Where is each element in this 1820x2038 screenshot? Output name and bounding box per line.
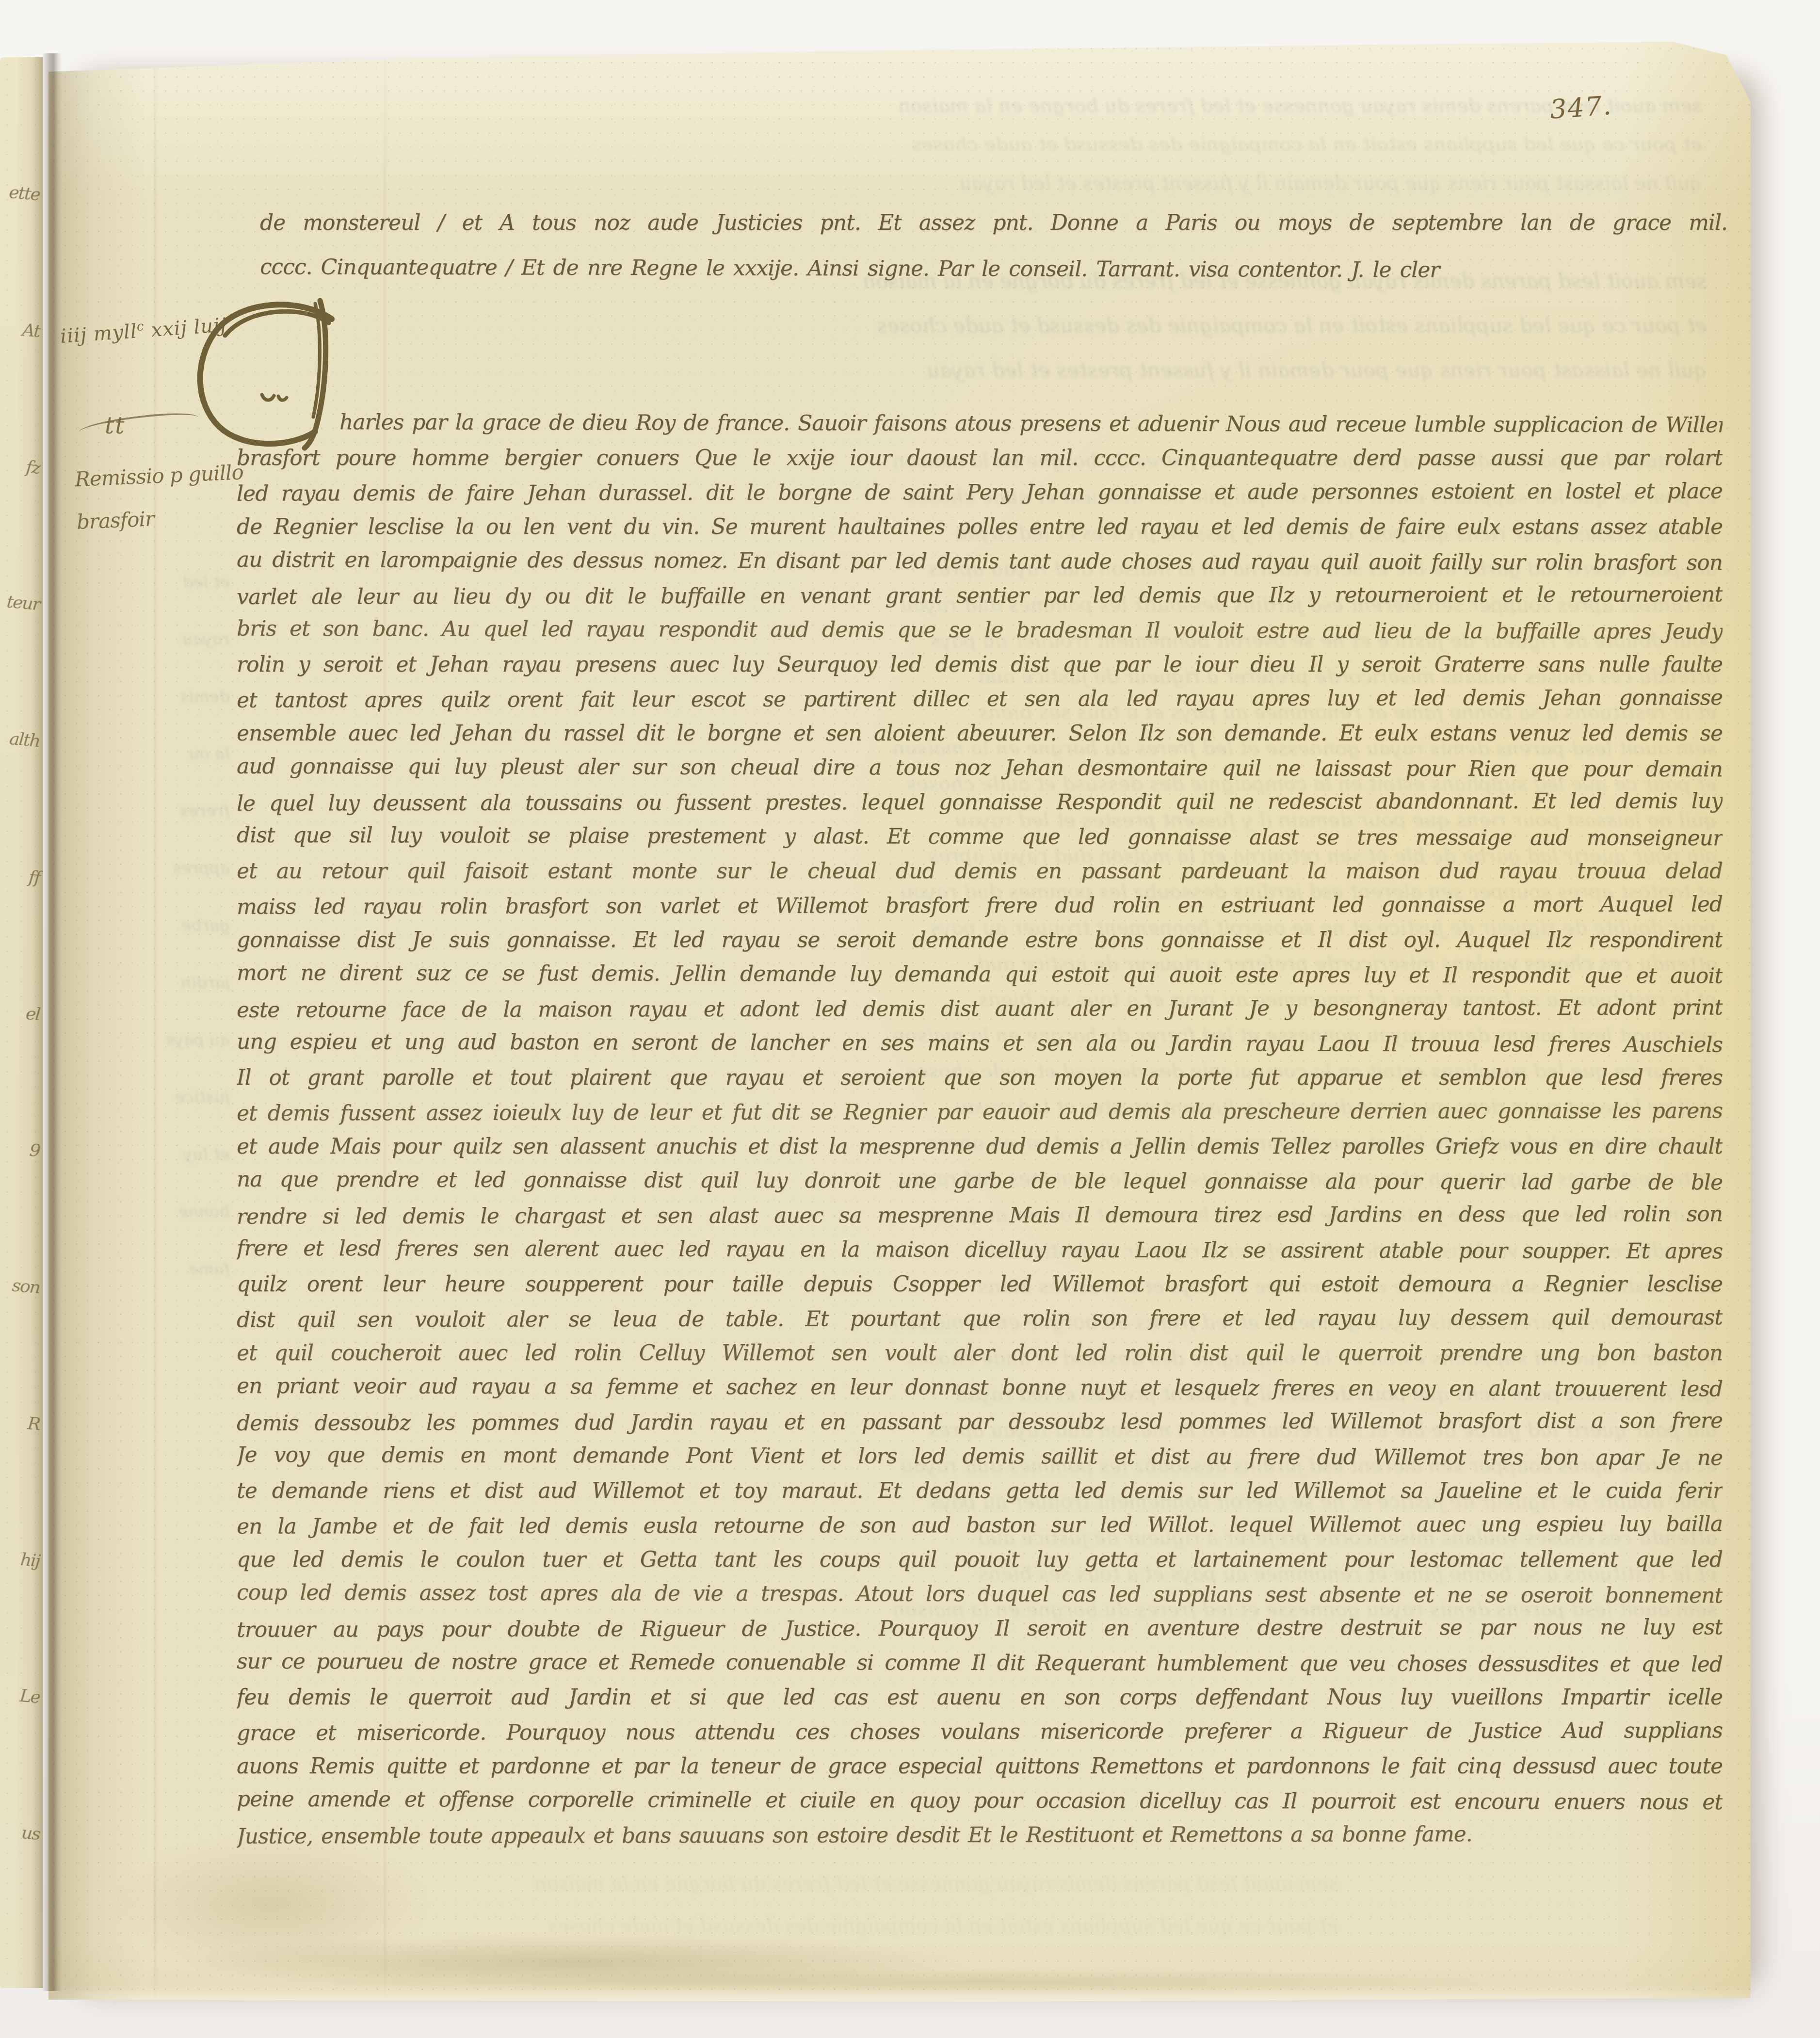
body-line: na que prendre et led gonnaisse dist qui…: [237, 1162, 1723, 1200]
bleedthrough-word: jardin: [50, 954, 230, 1011]
bleedthrough-word: appres: [50, 840, 230, 897]
body-line: ung espieu et ung aud baston en seront d…: [237, 1025, 1723, 1062]
bleedthrough-text-left-margin: et ledrayaudemisla oufreresappresgarbeja…: [50, 554, 230, 1298]
bleedthrough-line: quil ne laissast pour riens que pour dem…: [272, 164, 1702, 203]
body-line: en priant veoir aud rayau a sa femme et …: [237, 1369, 1723, 1406]
body-line: et au retour quil faisoit estant monte s…: [237, 854, 1723, 888]
bleedthrough-word: fame: [50, 1240, 230, 1298]
body-line: trouuer au pays pour doubte de Rigueur d…: [237, 1610, 1723, 1647]
body-line: coup led demis assez tost apres ala de v…: [237, 1575, 1723, 1613]
previous-page-ink-fragment: ette: [0, 181, 43, 205]
bleedthrough-text-bottom: sem auoit lesd parens demis rayau gonnes…: [320, 1863, 1338, 1946]
body-line: sur ce pourueu de nostre grace et Remede…: [237, 1644, 1723, 1682]
bleedthrough-word: justice: [50, 1069, 230, 1126]
previous-page-ink-fragment: alth: [0, 728, 43, 752]
bleedthrough-word: et luy: [50, 1126, 230, 1183]
previous-page-ink-fragment: Le: [0, 1684, 43, 1708]
closing-line-signature: cccc. Cinquantequatre / Et de nre Regne …: [260, 244, 1727, 294]
body-line: rendre si led demis le chargast et sen a…: [237, 1197, 1723, 1234]
bleedthrough-word: au pays: [50, 1011, 230, 1069]
body-line: mort ne dirent suz ce se fust demis. Jel…: [237, 956, 1723, 993]
body-line: varlet ale leur au lieu dy ou dit le buf…: [237, 577, 1723, 614]
previous-page-ink-fragment: At: [0, 318, 43, 342]
bleedthrough-text-top: sem auoit lesd parens demis rayau gonnes…: [272, 86, 1702, 203]
bleedthrough-word: garbe: [50, 897, 230, 954]
bleedthrough-line: sem auoit lesd parens demis rayau gonnes…: [320, 1863, 1338, 1905]
body-line: que led demis le coulon tuer et Getta ta…: [237, 1542, 1723, 1577]
body-line: Justice, ensemble toute appeaulx et bans…: [237, 1816, 1723, 1853]
previous-page-ink-fragment: teur: [0, 591, 43, 615]
bleedthrough-word: demis: [50, 668, 230, 725]
body-line: en la Jambe et de fait led demis eusla r…: [237, 1507, 1723, 1543]
act-body-text: harles par la grace de dieu Roy de franc…: [237, 406, 1723, 1852]
body-line: grace et misericorde. Pourquoy nous atte…: [237, 1713, 1723, 1750]
closing-line-date: de monstereul / et A tous noz aude Justi…: [260, 200, 1727, 246]
bleedthrough-word: et led: [50, 554, 230, 611]
margin-act-number-part1: iiij myll: [60, 320, 138, 348]
body-line: demis dessoubz les pommes dud Jardin ray…: [237, 1403, 1723, 1440]
body-line: aud gonnaisse qui luy pleust aler sur so…: [237, 749, 1723, 786]
body-line: ensemble auec led Jehan du rassel dit le…: [237, 716, 1723, 751]
body-line: dist quil sen vouloit aler se leua de ta…: [237, 1300, 1723, 1337]
bleedthrough-word: bonne: [50, 1183, 230, 1240]
body-line: brasfort poure homme bergier conuers Que…: [237, 441, 1723, 475]
bleedthrough-line: et pour ce que led supplians estoit en l…: [272, 125, 1702, 164]
bleedthrough-word: freres: [50, 783, 230, 840]
body-line: et quil coucheroit auec led rolin Celluy…: [237, 1336, 1723, 1370]
page-number: 347.: [1549, 90, 1613, 125]
bleedthrough-line: sem auoit lesd parens demis rayau gonnes…: [272, 86, 1702, 125]
bleedthrough-line: quil ne laissast pour riens que pour dem…: [233, 348, 1707, 393]
body-line: este retourne face de la maison rayau et…: [237, 990, 1723, 1027]
previous-act-closing-lines: de monstereul / et A tous noz aude Justi…: [260, 200, 1727, 292]
body-line: et aude Mais pour quilz sen alassent anu…: [237, 1129, 1723, 1164]
parchment-page: sem auoit lesd parens demis rayau gonnes…: [48, 42, 1751, 2002]
body-line: feu demis le querroit aud Jardin et si q…: [237, 1680, 1723, 1715]
body-line: led rayau demis de faire Jehan durassel.…: [237, 474, 1723, 511]
body-line: gonnaisse dist Je suis gonnaisse. Et led…: [237, 923, 1723, 957]
body-line: frere et lesd freres sen alerent auec le…: [237, 1231, 1723, 1268]
body-line: Il ot grant parolle et tout plairent que…: [237, 1060, 1723, 1095]
body-line: au distrit en larompaignie des dessus no…: [237, 543, 1723, 580]
previous-page-ink-fragment: el: [0, 1001, 43, 1025]
body-line: maiss led rayau rolin brasfort son varle…: [237, 887, 1723, 924]
body-line: te demande riens et dist aud Willemot et…: [237, 1474, 1723, 1508]
tt-mark-flourish: [78, 409, 200, 442]
body-line: harles par la grace de dieu Roy de franc…: [237, 405, 1723, 442]
body-line: peine amende et offense corporelle crimi…: [237, 1782, 1723, 1819]
body-line: le quel luy deussent ala toussains ou fu…: [237, 784, 1723, 820]
body-line: auons Remis quitte et pardonne et par la…: [237, 1749, 1723, 1783]
previous-page-edge: etteAtfzteuralthffel9sonRhijLeus: [0, 57, 43, 1988]
previous-page-ink-fragment: fz: [0, 455, 43, 479]
previous-page-ink-fragment: us: [0, 1821, 43, 1845]
bleedthrough-word: rayau: [50, 611, 230, 668]
body-line: et tantost apres quilz orent fait leur e…: [237, 680, 1723, 717]
bleedthrough-word: la ou: [50, 725, 230, 783]
body-line: et demis fussent assez ioieulx luy de le…: [237, 1093, 1723, 1130]
body-line: quilz orent leur heure soupperent pour t…: [237, 1267, 1723, 1301]
body-line: Je voy que demis en mont demande Pont Vi…: [237, 1438, 1723, 1475]
previous-page-ink-fragment: hij: [0, 1548, 43, 1572]
photographed-register-scene: etteAtfzteuralthffel9sonRhijLeus sem auo…: [0, 0, 1820, 2038]
previous-page-ink-fragment: son: [0, 1274, 43, 1298]
previous-page-ink-fragment: R: [0, 1411, 43, 1435]
previous-page-ink-fragment: 9: [0, 1138, 43, 1161]
bleedthrough-line: et pour ce que led supplians estoit en l…: [233, 304, 1707, 348]
body-line: de Regnier lesclise la ou len vent du vi…: [237, 510, 1723, 544]
body-line: dist que sil luy vouloit se plaise prest…: [237, 818, 1723, 855]
body-line: bris et son banc. Au quel led rayau resp…: [237, 611, 1723, 649]
tt-mark-letters: tt: [105, 412, 126, 439]
body-line: rolin y seroit et Jehan rayau presens au…: [237, 647, 1723, 682]
bleedthrough-line: et pour ce que led supplians estoit en l…: [320, 1905, 1338, 1946]
previous-page-ink-fragment: ff: [0, 865, 43, 888]
